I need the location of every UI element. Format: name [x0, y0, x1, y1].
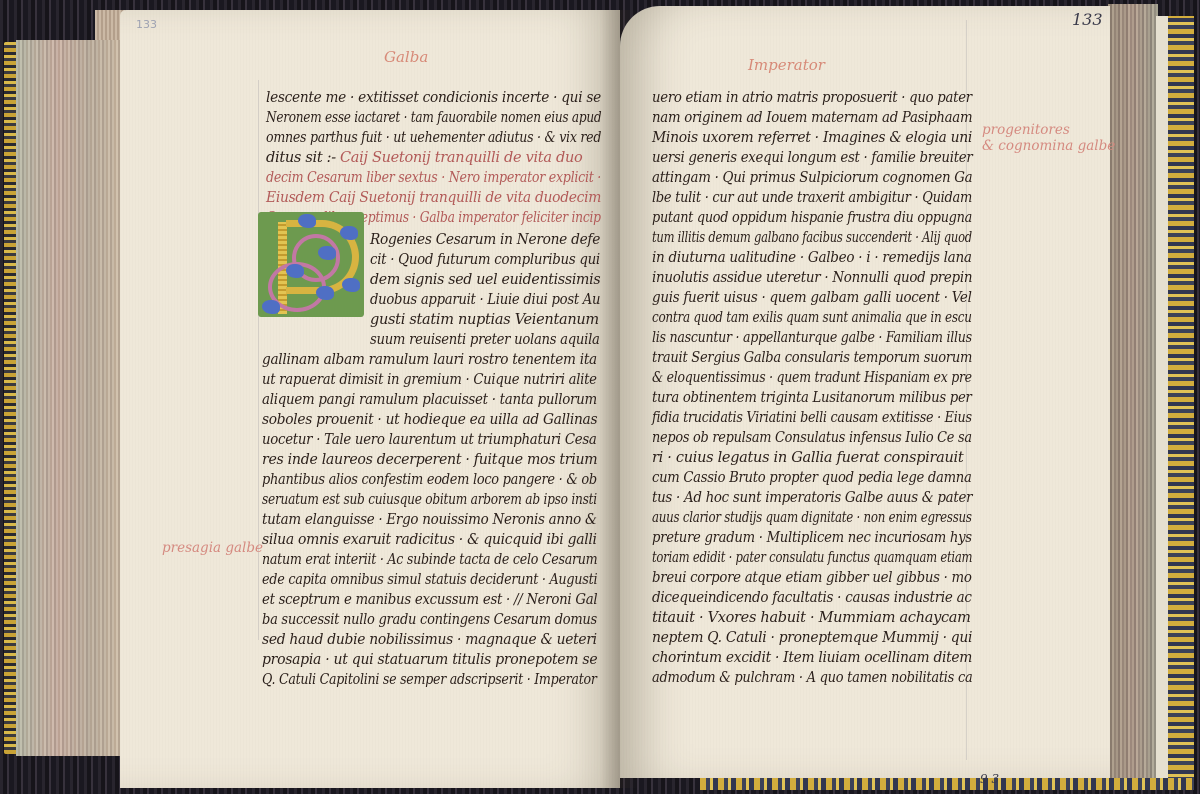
text-line: gallinam albam ramulum lauri rostro tene…: [262, 352, 597, 368]
text-line: phantibus alios confestim eodem loco pan…: [262, 472, 597, 488]
rubric-line: Eiusdem Caij Suetonij tranquilli de vita…: [266, 190, 601, 206]
catchword: 9 3: [980, 772, 999, 786]
text-line: ede capita omnibus simul statuis decider…: [262, 572, 597, 588]
text-line: dicequeindicendo facultatis · causas ind…: [652, 590, 972, 606]
pencil-mark: 133: [136, 18, 157, 31]
text-line: lis nascuntur · appellanturque galbe · F…: [652, 330, 972, 346]
marginal-note-left: presagia galbe: [162, 540, 263, 556]
text-line: inuolutis assidue uteretur · Nonnulli qu…: [652, 270, 972, 286]
text-line: Minois uxorem referret · Imagines & elog…: [652, 130, 972, 146]
text-line: res inde laureos decerperent · fuitque m…: [262, 452, 597, 468]
text-line: attingam · Qui primus Sulpiciorum cognom…: [652, 170, 972, 186]
text-line: titauit · Vxores habuit · Mummiam achayc…: [652, 610, 971, 626]
text-line: suum reuisenti preter uolans aquila: [370, 332, 600, 348]
text-line: et sceptrum e manibus excussum est · // …: [262, 592, 597, 608]
text-line: silua omnis exaruit radicitus · & quicqu…: [262, 532, 597, 548]
initial-leaf: [342, 278, 360, 292]
text-line: auus clarior studijs quam dignitate · no…: [652, 510, 972, 526]
bottom-cover-gilt-border: [700, 778, 1194, 790]
initial-leaf: [286, 264, 304, 278]
rubric-line: Caij Suetonij tranquilli de vita duo: [340, 150, 582, 166]
text-line: uersi generis exequi longum est · famili…: [652, 150, 972, 166]
text-line: Neronem esse iactaret · tam fauorabile n…: [266, 110, 601, 126]
text-line: admodum & pulchram · A quo tamen nobilit…: [652, 670, 972, 686]
illuminated-initial-p: [258, 212, 364, 317]
text-line: putant quod oppidum hispanie frustra diu…: [652, 210, 972, 226]
initial-leaf: [262, 300, 280, 314]
text-line: aliquem pangi ramulum placuisset · tanta…: [262, 392, 597, 408]
text-line: dem signis sed uel euidentissimis: [370, 272, 600, 288]
initial-leaf: [318, 246, 336, 260]
text-line: nam originem ad Iouem maternam ad Pasiph…: [652, 110, 972, 126]
initial-leaf: [298, 214, 316, 228]
folio-number: 133: [1072, 10, 1103, 29]
ruling-line: [258, 80, 259, 640]
text-line: guis fuerit uisus · quem galbam galli uo…: [652, 290, 972, 306]
text-line: cit · Quod futurum compluribus qui: [370, 252, 600, 268]
text-line: ba successit nullo gradu contingens Cesa…: [262, 612, 597, 628]
text-line: prosapia · ut qui statuarum titulis pron…: [262, 652, 597, 668]
text-line: breui corpore atque etiam gibber uel gib…: [652, 570, 972, 586]
text-line: soboles prouenit · ut hodieque ea uilla …: [262, 412, 597, 428]
text-line: ri · cuius legatus in Gallia fuerat cons…: [652, 450, 963, 466]
right-cover-gilt-border: [1168, 16, 1194, 786]
right-fore-edge-marbled: [1108, 4, 1158, 780]
text-line: tura obtinentem triginta Lusitanorum mil…: [652, 390, 972, 406]
text-line: trauit Sergius Galba consularis temporum…: [652, 350, 972, 366]
text-line: nepos ob repulsam Consulatus infensus Iu…: [652, 430, 972, 446]
text-line: fidia trucidatis Viriatini belli causam …: [652, 410, 972, 426]
text-line: Rogenies Cesarum in Nerone defe: [370, 232, 600, 248]
text-line: cum Cassio Bruto propter quod pedia lege…: [652, 470, 972, 486]
text-line: & eloquentissimus · quem tradunt Hispani…: [652, 370, 972, 386]
text-line: ditus sit :-: [266, 150, 336, 166]
initial-leaf: [340, 226, 358, 240]
left-fore-edge-marbled: [16, 40, 120, 756]
running-head-left: Galba: [384, 48, 428, 66]
text-line: duobus apparuit · Liuie diui post Au: [370, 292, 600, 308]
text-line: gusti statim nuptias Veientanum: [370, 312, 599, 328]
text-line: sed haud dubie nobilissimus · magnaque &…: [262, 632, 597, 648]
text-line: tum illitis demum galbano facibus succen…: [652, 230, 972, 246]
running-head-right: Imperator: [748, 56, 825, 74]
marginal-note-right: progenitores: [982, 122, 1070, 138]
text-line: seruatum est sub cuiusque obitum arborem…: [262, 492, 597, 508]
text-line: lbe tulit · cur aut unde traxerit ambigi…: [652, 190, 972, 206]
text-line: contra quod tam exilis quam sunt animali…: [652, 310, 972, 326]
text-line: tutam elanguisse · Ergo nouissimo Neroni…: [262, 512, 597, 528]
text-line: uocetur · Tale uero laurentum ut triumph…: [262, 432, 597, 448]
text-line: lescente me · extitisset condicionis inc…: [266, 90, 601, 106]
rubric-line: decim Cesarum liber sextus · Nero impera…: [266, 170, 601, 186]
right-endpaper-edge: [1156, 16, 1168, 782]
text-line: in diuturna ualitudine · Galbeo · i · re…: [652, 250, 972, 266]
text-line: neptem Q. Catuli · proneptemque Mummij ·…: [652, 630, 972, 646]
text-line: omnes parthus fuit · ut uehementer adiut…: [266, 130, 601, 146]
text-line: tus · Ad hoc sunt imperatoris Galbe auus…: [652, 490, 972, 506]
text-line: chorintum excidit · Item liuiam ocellina…: [652, 650, 972, 666]
marginal-note-right: & cognomina galbe: [982, 138, 1115, 154]
initial-leaf: [316, 286, 334, 300]
text-line: toriam edidit · pater consulatu functus …: [652, 550, 972, 566]
text-line: Q. Catuli Capitolini se semper adscripse…: [262, 672, 597, 688]
text-line: ut rapuerat dimisit in gremium · Cuique …: [262, 372, 597, 388]
text-line: natum erat interiit · Ac subinde tacta d…: [262, 552, 597, 568]
text-line: uero etiam in atrio matris proposuerit ·…: [652, 90, 972, 106]
text-line: preture gradum · Multiplicem nec incurio…: [652, 530, 972, 546]
